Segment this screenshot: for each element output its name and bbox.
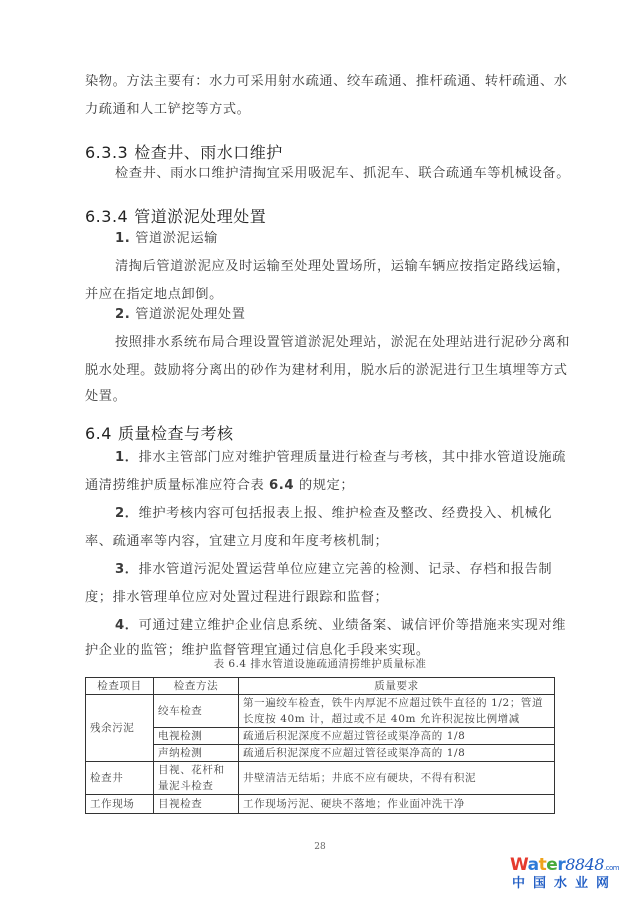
cell-method-tv: 电视检测 [154, 728, 239, 745]
cell-req-site: 工作现场污泥、硬块不落地；作业面冲洗干净 [239, 795, 555, 814]
body-text-6-3-4-2c: 处置。 [85, 383, 555, 411]
body-text-6-4-1a: 1．排水主管部门应对维护管理质量进行检查与考核，其中排水管道设施疏 [115, 444, 585, 472]
cell-method-site: 目视检查 [154, 795, 239, 814]
heading-6-4: 6.4质量检查与考核 [85, 421, 233, 444]
subheading-1: 1. 管道淤泥运输 [115, 225, 585, 253]
item-number: 3． [115, 562, 139, 577]
item-number: 2. [115, 307, 130, 322]
heading-number: 6.3.4 [85, 207, 128, 226]
logo-chinese-name: 中国水业网 [510, 872, 640, 891]
text-segment: 的规定； [294, 478, 354, 493]
body-text-6-3-4-2b: 脱水处理。鼓励将分离出的砂作为建材利用，脱水后的淤泥进行卫生填埋等方式 [85, 357, 555, 385]
item-title: 管道淤泥处理处置 [135, 307, 245, 322]
item-text: 可通过建立维护企业信息系统、业绩备案、诚信评价等措施来实现对维 [139, 618, 566, 633]
header-item: 检查项目 [86, 678, 154, 695]
header-requirement: 质量要求 [239, 678, 555, 695]
item-text: 排水管道污泥处置运营单位应建立完善的检测、记录、存档和报告制 [139, 562, 553, 577]
body-text-6-4-3a: 3．排水管道污泥处置运营单位应建立完善的检测、记录、存档和报告制 [115, 556, 585, 584]
cell-req-sonar: 疏通后积泥深度不应超过管径或渠净高的 1/8 [239, 745, 555, 762]
cell-item-sludge: 残余污泥 [86, 695, 154, 762]
body-text-6-3-4-1a: 清掏后管道淤泥应及时运输至处理处置场所，运输车辆应按指定路线运输， [115, 253, 585, 281]
table-reference: 6.4 [269, 478, 294, 493]
subheading-2: 2. 管道淤泥处理处置 [115, 301, 585, 329]
cell-req-tv: 疏通后积泥深度不应超过管径或渠净高的 1/8 [239, 728, 555, 745]
cell-method-sonar: 声纳检测 [154, 745, 239, 762]
header-method: 检查方法 [154, 678, 239, 695]
table-row: 声纳检测 疏通后积泥深度不应超过管径或渠净高的 1/8 [86, 745, 555, 762]
table-row: 电视检测 疏通后积泥深度不应超过管径或渠净高的 1/8 [86, 728, 555, 745]
table-row: 检查井 目视、花杆和量泥斗检查 井壁清洁无结垢；井底不应有硬块，不得有积泥 [86, 762, 555, 795]
item-number: 1． [115, 450, 139, 465]
table-header-row: 检查项目 检查方法 质量要求 [86, 678, 555, 695]
heading-number: 6.4 [85, 424, 112, 443]
item-number: 1. [115, 231, 130, 246]
cell-item-site: 工作现场 [86, 795, 154, 814]
cell-method-winch: 绞车检查 [154, 695, 239, 728]
heading-title: 管道淤泥处理处置 [134, 207, 266, 226]
heading-6-3-4: 6.3.4管道淤泥处理处置 [85, 204, 266, 227]
body-text-6-4-3b: 度；排水管理单位应对处置过程进行跟踪和监督； [85, 584, 555, 612]
item-title: 管道淤泥运输 [135, 231, 218, 246]
table-row: 工作现场 目视检查 工作现场污泥、硬块不落地；作业面冲洗干净 [86, 795, 555, 814]
item-number: 4． [115, 618, 139, 633]
quality-standard-table: 检查项目 检查方法 质量要求 残余污泥 绞车检查 第一遍绞车检查，铁牛内厚泥不应… [85, 677, 555, 814]
cell-req-manhole: 井壁清洁无结垢；井底不应有硬块，不得有积泥 [239, 762, 555, 795]
body-text-6-3-4-2a: 按照排水系统布局合理设置管道淤泥处理站，淤泥在处理站进行泥砂分离和 [115, 329, 585, 357]
body-text-6-4-1b: 通清捞维护质量标准应符合表 6.4 的规定； [85, 472, 555, 500]
body-text-6-4-2b: 率、疏通率等内容，宜建立月度和年度考核机制； [85, 528, 555, 556]
heading-title: 质量检查与考核 [118, 424, 234, 443]
item-text: 排水主管部门应对维护管理质量进行检查与考核，其中排水管道设施疏 [139, 450, 566, 465]
body-text-6-4-2a: 2．维护考核内容可包括报表上报、维护检查及整改、经费投入、机械化 [115, 500, 585, 528]
cell-req-winch: 第一遍绞车检查，铁牛内厚泥不应超过铁牛直径的 1/2；管道长度按 40m 计，超… [239, 695, 555, 728]
body-text-intro-1: 染物。方法主要有：水力可采用射水疏通、绞车疏通、推杆疏通、转杆疏通、水 [85, 68, 555, 96]
table-row: 残余污泥 绞车检查 第一遍绞车检查，铁牛内厚泥不应超过铁牛直径的 1/2；管道长… [86, 695, 555, 728]
watermark-logo: Water8848.com 中国水业网 [510, 855, 640, 900]
body-text-intro-2: 力疏通和人工铲挖等方式。 [85, 96, 555, 124]
item-number: 2． [115, 506, 139, 521]
body-text-6-3-3: 检查井、雨水口维护清掏宜采用吸泥车、抓泥车、联合疏通车等机械设备。 [115, 160, 585, 188]
logo-suffix: .com [604, 864, 619, 872]
text-segment: 通清捞维护质量标准应符合表 [85, 478, 269, 493]
table-caption: 表 6.4 排水管道设施疏通清捞维护质量标准 [0, 656, 640, 671]
body-text-6-4-4a: 4．可通过建立维护企业信息系统、业绩备案、诚信评价等措施来实现对维 [115, 612, 585, 640]
item-text: 维护考核内容可包括报表上报、维护检查及整改、经费投入、机械化 [139, 506, 553, 521]
cell-item-manhole: 检查井 [86, 762, 154, 795]
page-number: 28 [0, 842, 640, 852]
cell-method-manhole: 目视、花杆和量泥斗检查 [154, 762, 239, 795]
